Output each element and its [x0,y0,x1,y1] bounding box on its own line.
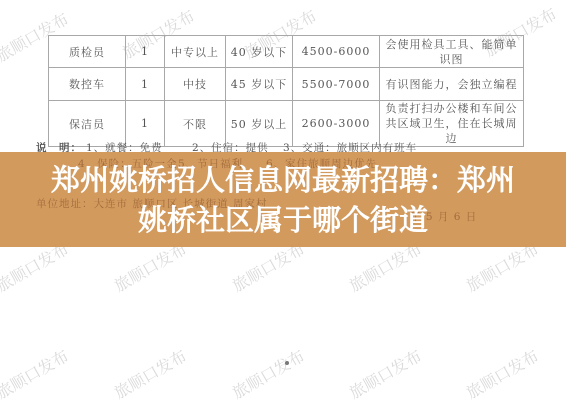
headline-title: 郑州姚桥招人信息网最新招聘：郑州 姚桥社区属于哪个街道 [0,160,566,240]
watermark: 旅顺口发布 [462,344,543,400]
center-dot-icon [285,361,289,365]
cell-position: 质检员 [49,36,126,68]
job-table: 质检员 1 中专以上 40 岁以下 4500-6000 会使用检具工具、能简单识… [48,35,524,147]
table-row: 数控车 1 中技 45 岁以下 5500-7000 有识图能力，会独立编程 [49,68,524,101]
headline-line-1: 郑州姚桥招人信息网最新招聘：郑州 [0,160,566,200]
cell-count: 1 [126,36,165,68]
headline-line-2: 姚桥社区属于哪个街道 [0,200,566,240]
cell-position: 数控车 [49,68,126,101]
cell-salary: 4500-6000 [293,36,380,68]
cell-education: 中技 [165,68,226,101]
watermark: 旅顺口发布 [228,344,309,400]
watermark: 旅顺口发布 [110,344,191,400]
cell-age: 40 岁以下 [226,36,293,68]
cell-salary: 5500-7000 [293,68,380,101]
cell-age: 45 岁以下 [226,68,293,101]
cell-requirement: 会使用检具工具、能简单识图 [380,36,524,68]
cell-education: 中专以上 [165,36,226,68]
watermark: 旅顺口发布 [345,344,426,400]
cell-count: 1 [126,68,165,101]
cell-requirement: 有识图能力，会独立编程 [380,68,524,101]
watermark: 旅顺口发布 [0,344,72,400]
table-row: 质检员 1 中专以上 40 岁以下 4500-6000 会使用检具工具、能简单识… [49,36,524,68]
document-image: 旅顺口发布 旅顺口发布 旅顺口发布 旅顺口发布 旅顺口发布 旅顺口发布 旅顺口发… [0,0,566,400]
